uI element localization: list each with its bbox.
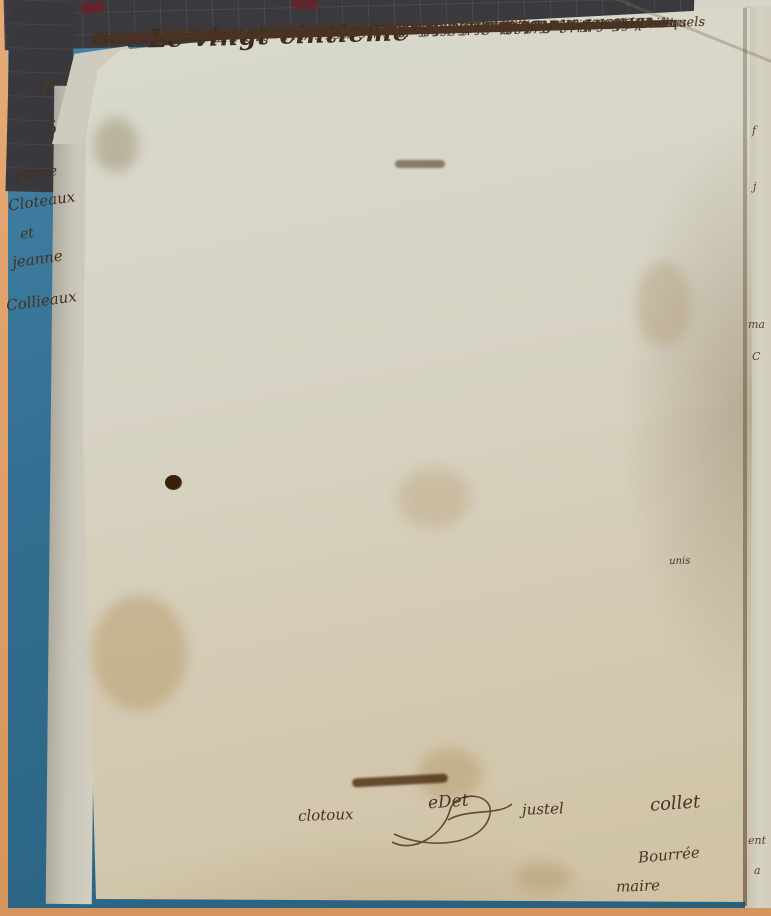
manuscript-text-block: Le vingt cintiemejours du mois de Septem… <box>92 8 771 896</box>
signature-groom: clotoux <box>298 805 354 825</box>
mat-red-mark <box>82 1 105 13</box>
adjacent-page-fragment: ent <box>748 834 766 847</box>
adjacent-page-fragment: ma <box>748 318 765 331</box>
signature-mayor-title: maire <box>616 876 661 896</box>
page-fold-gutter <box>743 8 747 906</box>
ink-blot <box>165 475 182 490</box>
adjacent-page-fragment: j <box>753 180 756 193</box>
signature-witness: justel <box>522 799 564 818</box>
signature-paraph: eDet <box>427 791 469 814</box>
adjacent-page-fragment: C <box>752 350 760 363</box>
margin-name: et <box>19 225 35 243</box>
adjacent-page-fragment: f <box>752 124 756 137</box>
interline-insert-word: unis <box>669 556 691 568</box>
signature-witness: collet <box>649 791 701 815</box>
scanned-register-photo: Le vingt cintiemejours du mois de Septem… <box>0 0 771 916</box>
ink-overwrite-smudge <box>395 160 445 168</box>
mat-red-mark <box>292 0 318 9</box>
margin-act-number-label: N° <box>37 76 63 99</box>
adjacent-page-fragment: a <box>754 864 761 877</box>
